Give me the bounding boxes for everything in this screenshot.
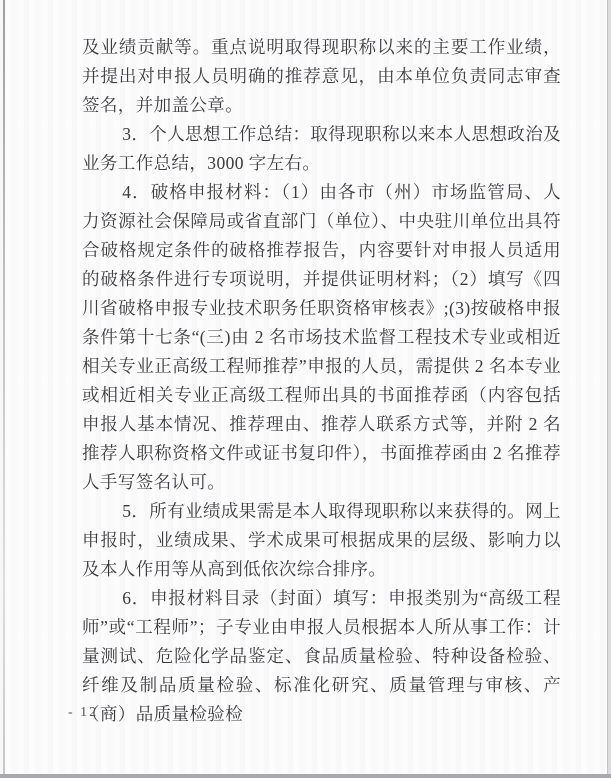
- paragraph-item-4: 4．破格申报材料：（1）由各市（州）市场监管局、人力资源社会保障局或省直部门（单…: [82, 178, 561, 497]
- document-page: 及业绩贡献等。重点说明取得现职称以来的主要工作业绩，并提出对申报人员明确的推荐意…: [0, 0, 611, 778]
- paragraph-item-5: 5．所有业绩成果需是本人取得现职称以来获得的。网上申报时，业绩成果、学术成果可根…: [82, 497, 561, 584]
- page-number: - 12 -: [68, 705, 110, 721]
- paragraph-continuation: 及业绩贡献等。重点说明取得现职称以来的主要工作业绩，并提出对申报人员明确的推荐意…: [82, 33, 561, 120]
- paragraph-item-6: 6．申报材料目录（封面）填写：申报类别为“高级工程师”或“工程师”；子专业由申报…: [82, 584, 561, 729]
- scan-edge-right: [607, 0, 611, 778]
- scan-edge-left: [3, 0, 5, 778]
- document-body: 及业绩贡献等。重点说明取得现职称以来的主要工作业绩，并提出对申报人员明确的推荐意…: [82, 33, 561, 729]
- scan-edge-bottom: [0, 774, 611, 778]
- paragraph-item-3: 3．个人思想工作总结：取得现职称以来本人思想政治及业务工作总结，3000 字左右…: [82, 120, 561, 178]
